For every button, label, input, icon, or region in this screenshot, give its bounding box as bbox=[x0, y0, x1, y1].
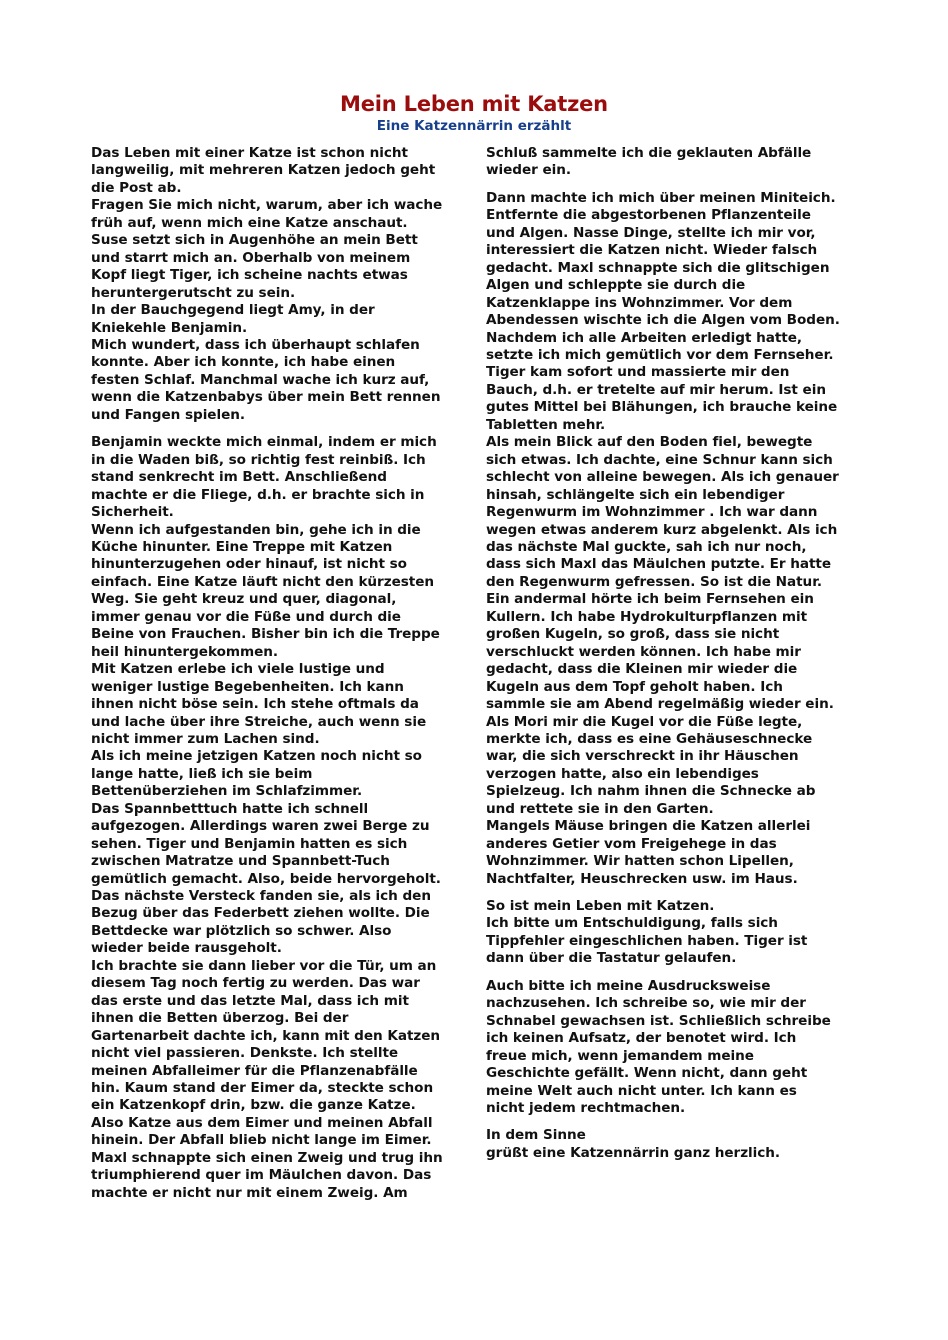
text-line: aufgezogen. Allerdings waren zwei Berge … bbox=[91, 818, 476, 835]
text-line: machte er nicht nur mit einem Zweig. Am bbox=[91, 1185, 476, 1202]
text-line: festen Schlaf. Manchmal wache ich kurz a… bbox=[91, 372, 476, 389]
text-line: Als Mori mir die Kugel vor die Füße legt… bbox=[486, 714, 876, 731]
text-line: gutes Mittel bei Blähungen, ich brauche … bbox=[486, 399, 876, 416]
text-line: Suse setzt sich in Augenhöhe an mein Bet… bbox=[91, 232, 476, 249]
text-line: Ich bitte um Entschuldigung, falls sich bbox=[486, 915, 876, 932]
text-line: den Regenwurm gefressen. So ist die Natu… bbox=[486, 574, 876, 591]
left-column: Das Leben mit einer Katze ist schon nich… bbox=[91, 145, 476, 1212]
paragraph: Auch bitte ich meine Ausdrucksweisenachz… bbox=[486, 978, 876, 1118]
text-line: Dann machte ich mich über meinen Minitei… bbox=[486, 190, 876, 207]
paragraph: In dem Sinnegrüßt eine Katzennärrin ganz… bbox=[486, 1127, 876, 1162]
text-line: früh auf, wenn mich eine Katze anschaut. bbox=[91, 215, 476, 232]
text-line: Wenn ich aufgestanden bin, gehe ich in d… bbox=[91, 522, 476, 539]
text-line: Ich brachte sie dann lieber vor die Tür,… bbox=[91, 958, 476, 975]
text-line: meinen Abfalleimer für die Pflanzenabfäl… bbox=[91, 1063, 476, 1080]
text-line: und starrt mich an. Oberhalb von meinem bbox=[91, 250, 476, 267]
text-line: interessiert die Katzen nicht. Wieder fa… bbox=[486, 242, 876, 259]
text-line: wieder ein. bbox=[486, 162, 876, 179]
text-line: diesem Tag noch fertig zu werden. Das wa… bbox=[91, 975, 476, 992]
text-line: die Post ab. bbox=[91, 180, 476, 197]
paragraph: Schluß sammelte ich die geklauten Abfäll… bbox=[486, 145, 876, 180]
text-line: Mangels Mäuse bringen die Katzen allerle… bbox=[486, 818, 876, 835]
text-line: In der Bauchgegend liegt Amy, in der bbox=[91, 302, 476, 319]
text-line: Spielzeug. Ich nahm ihnen die Schnecke a… bbox=[486, 783, 876, 800]
text-line: Benjamin weckte mich einmal, indem er mi… bbox=[91, 434, 476, 451]
text-line: Bauch, d.h. er tretelte auf mir herum. I… bbox=[486, 382, 876, 399]
text-line: Das nächste Versteck fanden sie, als ich… bbox=[91, 888, 476, 905]
text-line: Schnabel gewachsen ist. Schließlich schr… bbox=[486, 1013, 876, 1030]
text-line: Das Spannbetttuch hatte ich schnell bbox=[91, 801, 476, 818]
text-line: heruntergerutscht zu sein. bbox=[91, 285, 476, 302]
text-line: freue mich, wenn jemandem meine bbox=[486, 1048, 876, 1065]
text-line: das erste und das letzte Mal, dass ich m… bbox=[91, 993, 476, 1010]
text-line: großen Kugeln, so groß, dass sie nicht bbox=[486, 626, 876, 643]
text-line: Tiger kam sofort und massierte mir den bbox=[486, 364, 876, 381]
text-line: heil hinuntergekommen. bbox=[91, 644, 476, 661]
text-line: verzogen hatte, also ein lebendiges bbox=[486, 766, 876, 783]
text-line: immer genau vor die Füße und durch die bbox=[91, 609, 476, 626]
text-line: grüßt eine Katzennärrin ganz herzlich. bbox=[486, 1145, 876, 1162]
text-line: und rettete sie in den Garten. bbox=[486, 801, 876, 818]
text-line: Wohnzimmer. Wir hatten schon Lipellen, bbox=[486, 853, 876, 870]
text-line: wieder beide rausgeholt. bbox=[91, 940, 476, 957]
text-line: Algen und schleppte sie durch die bbox=[486, 277, 876, 294]
text-line: dann über die Tastatur gelaufen. bbox=[486, 950, 876, 967]
text-line: sich etwas. Ich dachte, eine Schnur kann… bbox=[486, 452, 876, 469]
text-line: gemütlich gemacht. Also, beide hervorgeh… bbox=[91, 871, 476, 888]
text-line: sammle sie am Abend regelmäßig wieder ei… bbox=[486, 696, 876, 713]
text-line: Regenwurm im Wohnzimmer . Ich war dann bbox=[486, 504, 876, 521]
text-line: und lache über ihre Streiche, auch wenn … bbox=[91, 714, 476, 731]
text-line: Weg. Sie geht kreuz und quer, diagonal, bbox=[91, 591, 476, 608]
document-page: Mein Leben mit Katzen Eine Katzennärrin … bbox=[0, 0, 948, 1340]
text-line: Entfernte die abgestorbenen Pflanzenteil… bbox=[486, 207, 876, 224]
text-line: hinein. Der Abfall blieb nicht lange im … bbox=[91, 1132, 476, 1149]
text-line: setzte ich mich gemütlich vor dem Fernse… bbox=[486, 347, 876, 364]
text-line: gedacht. Maxl schnappte sich die glitsch… bbox=[486, 260, 876, 277]
text-line: hinunterzugehen oder hinauf, ist nicht s… bbox=[91, 556, 476, 573]
text-line: Das Leben mit einer Katze ist schon nich… bbox=[91, 145, 476, 162]
text-line: und Fangen spielen. bbox=[91, 407, 476, 424]
text-line: Sicherheit. bbox=[91, 504, 476, 521]
text-line: zwischen Matratze und Spannbett-Tuch bbox=[91, 853, 476, 870]
text-line: langweilig, mit mehreren Katzen jedoch g… bbox=[91, 162, 476, 179]
text-line: Nachtfalter, Heuschrecken usw. im Haus. bbox=[486, 871, 876, 888]
text-line: hin. Kaum stand der Eimer da, steckte sc… bbox=[91, 1080, 476, 1097]
text-line: gedacht, dass die Kleinen mir wieder die bbox=[486, 661, 876, 678]
text-line: verschluckt werden können. Ich habe mir bbox=[486, 644, 876, 661]
text-line: Mich wundert, dass ich überhaupt schlafe… bbox=[91, 337, 476, 354]
text-line: und Algen. Nasse Dinge, stellte ich mir … bbox=[486, 225, 876, 242]
text-line: triumphierend quer im Mäulchen davon. Da… bbox=[91, 1167, 476, 1184]
text-line: stand senkrecht im Bett. Anschließend bbox=[91, 469, 476, 486]
text-line: einfach. Eine Katze läuft nicht den kürz… bbox=[91, 574, 476, 591]
text-line: weniger lustige Begebenheiten. Ich kann bbox=[91, 679, 476, 696]
text-line: Kullern. Ich habe Hydrokulturpflanzen mi… bbox=[486, 609, 876, 626]
text-line: Bezug über das Federbett ziehen wollte. … bbox=[91, 905, 476, 922]
paragraph: So ist mein Leben mit Katzen.Ich bitte u… bbox=[486, 898, 876, 968]
text-line: Maxl schnappte sich einen Zweig und trug… bbox=[91, 1150, 476, 1167]
text-line: Bettenüberziehen im Schlafzimmer. bbox=[91, 783, 476, 800]
text-line: war, die sich verschreckt in ihr Häusche… bbox=[486, 748, 876, 765]
text-line: Auch bitte ich meine Ausdrucksweise bbox=[486, 978, 876, 995]
text-line: Tabletten mehr. bbox=[486, 417, 876, 434]
text-line: sehen. Tiger und Benjamin hatten es sich bbox=[91, 836, 476, 853]
text-line: lange hatte, ließ ich sie beim bbox=[91, 766, 476, 783]
text-line: schlecht von alleine bewegen. Als ich ge… bbox=[486, 469, 876, 486]
document-title: Mein Leben mit Katzen bbox=[0, 90, 948, 118]
text-line: dass sich Maxl das Mäulchen putzte. Er h… bbox=[486, 556, 876, 573]
paragraph: Dann machte ich mich über meinen Minitei… bbox=[486, 190, 876, 888]
text-line: In dem Sinne bbox=[486, 1127, 876, 1144]
paragraph: Das Leben mit einer Katze ist schon nich… bbox=[91, 145, 476, 424]
text-line: Kniekehle Benjamin. bbox=[91, 320, 476, 337]
text-line: ihnen die Betten überzog. Bei der bbox=[91, 1010, 476, 1027]
text-line: Gartenarbeit dachte ich, kann mit den Ka… bbox=[91, 1028, 476, 1045]
text-line: nachzusehen. Ich schreibe so, wie mir de… bbox=[486, 995, 876, 1012]
document-subtitle: Eine Katzennärrin erzählt bbox=[0, 117, 948, 135]
text-line: konnte. Aber ich konnte, ich habe einen bbox=[91, 354, 476, 371]
text-line: Als mein Blick auf den Boden fiel, beweg… bbox=[486, 434, 876, 451]
text-line: Also Katze aus dem Eimer und meinen Abfa… bbox=[91, 1115, 476, 1132]
text-line: Beine von Frauchen. Bisher bin ich die T… bbox=[91, 626, 476, 643]
text-line: nicht jedem rechtmachen. bbox=[486, 1100, 876, 1117]
text-line: wenn die Katzenbabys über mein Bett renn… bbox=[91, 389, 476, 406]
text-line: Mit Katzen erlebe ich viele lustige und bbox=[91, 661, 476, 678]
text-line: anderes Getier vom Freigehege in das bbox=[486, 836, 876, 853]
text-line: Schluß sammelte ich die geklauten Abfäll… bbox=[486, 145, 876, 162]
text-line: machte er die Fliege, d.h. er brachte si… bbox=[91, 487, 476, 504]
text-line: ein Katzenkopf drin, bzw. die ganze Katz… bbox=[91, 1097, 476, 1114]
text-line: nicht immer zum Lachen sind. bbox=[91, 731, 476, 748]
text-line: Nachdem ich alle Arbeiten erledigt hatte… bbox=[486, 330, 876, 347]
text-line: hinsah, schlängelte sich ein lebendiger bbox=[486, 487, 876, 504]
text-line: Küche hinunter. Eine Treppe mit Katzen bbox=[91, 539, 476, 556]
text-line: Tippfehler eingeschlichen haben. Tiger i… bbox=[486, 933, 876, 950]
text-line: Ein andermal hörte ich beim Fernsehen ei… bbox=[486, 591, 876, 608]
text-line: Abendessen wischte ich die Algen vom Bod… bbox=[486, 312, 876, 329]
text-line: Katzenklappe ins Wohnzimmer. Vor dem bbox=[486, 295, 876, 312]
text-line: So ist mein Leben mit Katzen. bbox=[486, 898, 876, 915]
text-line: Bettdecke war plötzlich so schwer. Also bbox=[91, 923, 476, 940]
text-line: ihnen nicht böse sein. Ich stehe oftmals… bbox=[91, 696, 476, 713]
text-line: in die Waden biß, so richtig fest reinbi… bbox=[91, 452, 476, 469]
right-column: Schluß sammelte ich die geklauten Abfäll… bbox=[486, 145, 876, 1172]
text-line: wegen etwas anderem kurz abgelenkt. Als … bbox=[486, 522, 876, 539]
text-line: Als ich meine jetzigen Katzen noch nicht… bbox=[91, 748, 476, 765]
text-line: meine Welt auch nicht unter. Ich kann es bbox=[486, 1083, 876, 1100]
text-line: Fragen Sie mich nicht, warum, aber ich w… bbox=[91, 197, 476, 214]
text-line: ich keinen Aufsatz, der benotet wird. Ic… bbox=[486, 1030, 876, 1047]
text-line: nicht viel passieren. Denkste. Ich stell… bbox=[91, 1045, 476, 1062]
text-line: merkte ich, dass es eine Gehäuseschnecke bbox=[486, 731, 876, 748]
text-line: Geschichte gefällt. Wenn nicht, dann geh… bbox=[486, 1065, 876, 1082]
text-line: das nächste Mal guckte, sah ich nur noch… bbox=[486, 539, 876, 556]
paragraph: Benjamin weckte mich einmal, indem er mi… bbox=[91, 434, 476, 1202]
text-line: Kopf liegt Tiger, ich scheine nachts etw… bbox=[91, 267, 476, 284]
text-line: Kugeln aus dem Topf geholt haben. Ich bbox=[486, 679, 876, 696]
